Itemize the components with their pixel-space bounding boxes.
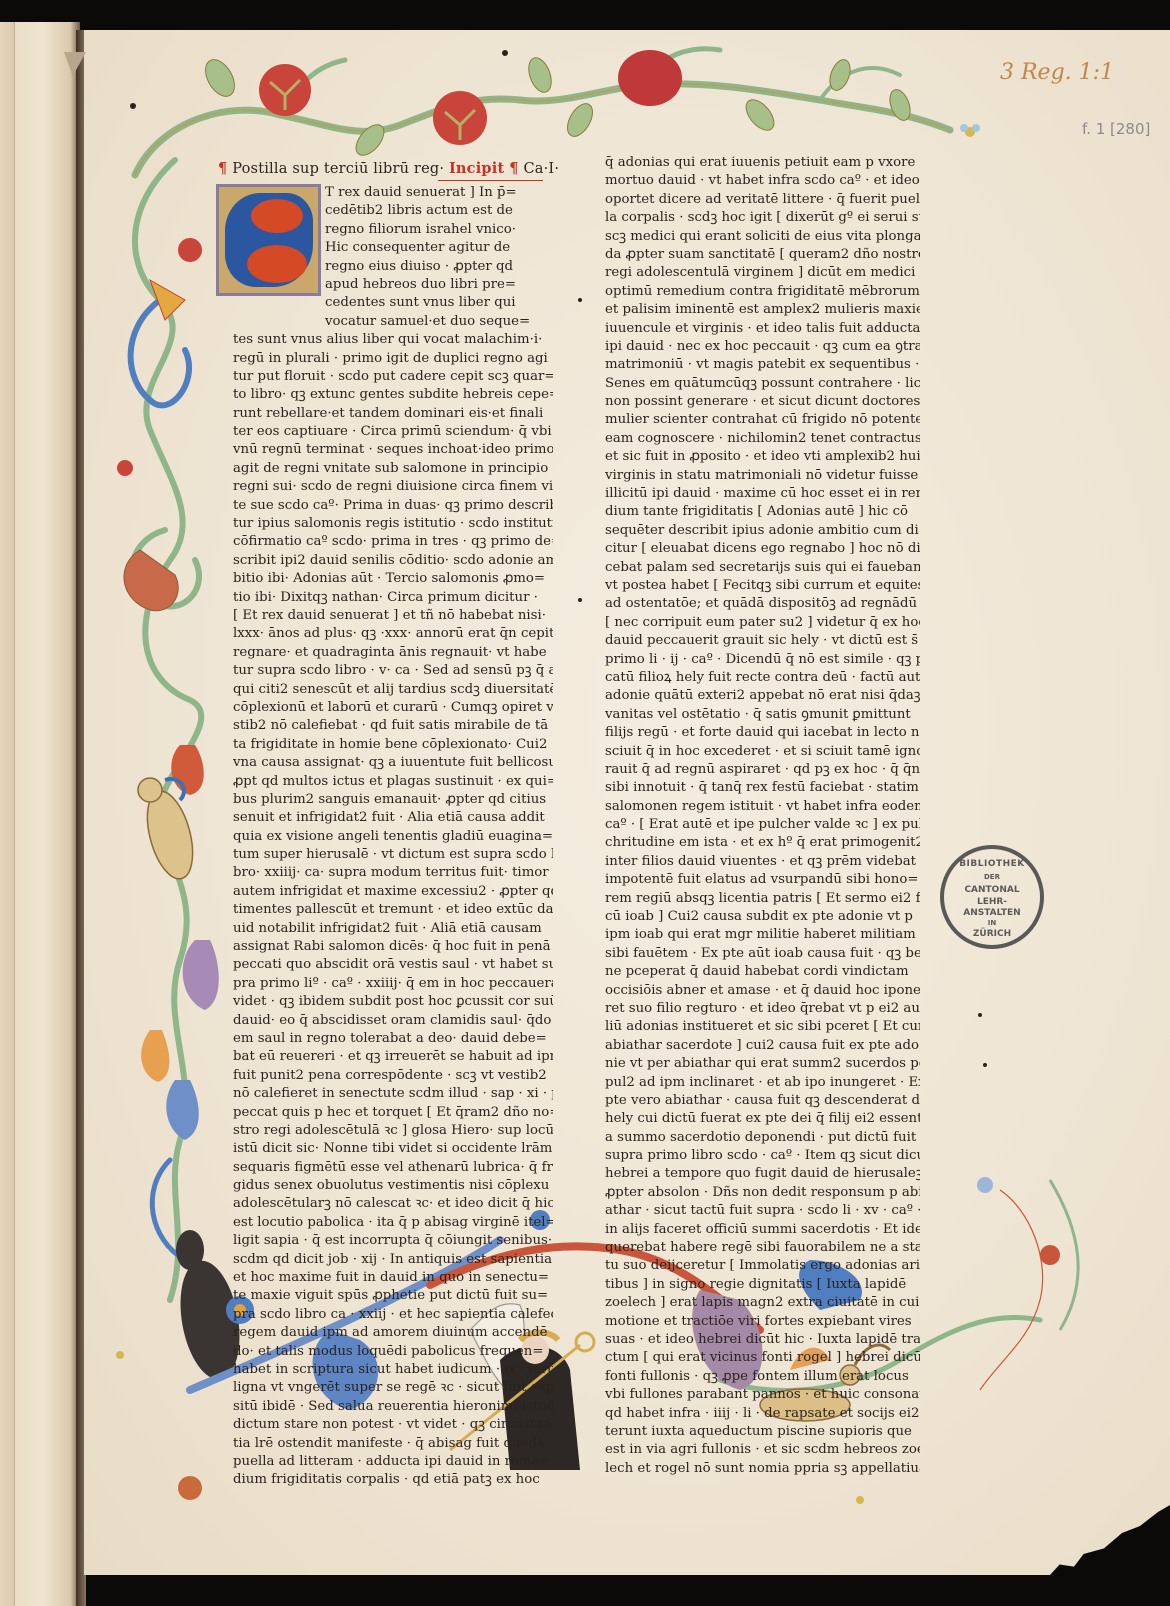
- stamp-line: IN: [944, 919, 1040, 927]
- text-line: vna causa assignat· qꝫ a iuuentute fuit …: [233, 754, 553, 772]
- folio-number: f. 1 [280]: [1082, 120, 1150, 138]
- library-stamp: BIBLIOTHEK DER CANTONAL LEHR- ANSTALTEN …: [940, 845, 1044, 949]
- text-line: scribit ipi2 dauid senilis cōditio· scdo…: [233, 552, 553, 570]
- text-line: est locutio pabolica · ita q̄ p abisag v…: [233, 1214, 553, 1232]
- text-column-right: q̄ adonias qui erat iuuenis petiuit eam …: [605, 154, 920, 1478]
- text-line: [ Et rex dauid senuerat ] et tñ nō habeb…: [233, 607, 553, 625]
- text-line: ipi dauid · nec ex hoc peccauit · qꝫ cum…: [605, 338, 920, 356]
- text-line: supra primo libro scdo · caº · Item qꝫ s…: [605, 1147, 920, 1165]
- text-line: cōfirmatio caº scdo· prima in tres · qꝫ …: [233, 533, 553, 551]
- text-line: bat eū reuereri · et qꝫ irreuerēt se hab…: [233, 1048, 553, 1066]
- text-line: ter eos captiuare · Circa primū sciendum…: [233, 423, 553, 441]
- text-line: senuit et infrigidat2 fuit · Alia etiā c…: [233, 809, 553, 827]
- text-line: cū ioab ] Cui2 causa subdit ex pte adoni…: [605, 908, 920, 926]
- text-line: vnū regnū terminat · seques inchoat·ideo…: [233, 441, 553, 459]
- text-line: zoelech ] erat lapis magn2 extra ciuitat…: [605, 1294, 920, 1312]
- text-line: te sue scdo caº· Prima in duas· qꝫ primo…: [233, 497, 553, 515]
- text-line: stib2 nō calefiebat · qd fuit satis mira…: [233, 717, 553, 735]
- text-line: timentes pallescūt et tremunt · et ideo …: [233, 901, 553, 919]
- text-line: tibus ] in signo regie dignitatis [ Iuxt…: [605, 1276, 920, 1294]
- text-line: suas · et ideo hebrei dicūt hic · Iuxta …: [605, 1331, 920, 1349]
- text-line: [ nec corripuit eum pater su2 ] videtur …: [605, 614, 920, 632]
- text-line: iuuencule et virginis · et ideo talis fu…: [605, 320, 920, 338]
- text-line: non possint generare · et sicut dicunt d…: [605, 393, 920, 411]
- text-line: oportet dicere ad veritatē littere · q̄ …: [605, 191, 920, 209]
- text-line: sciuit q̄ in hoc excederet · et si sciui…: [605, 743, 920, 761]
- stamp-line: CANTONAL: [944, 885, 1040, 895]
- text-line: ctum [ qui erat vicinus fonti rogel ] he…: [605, 1349, 920, 1367]
- text-line: la corpalis · scdꝫ hoc igit [ dixerūt gº…: [605, 209, 920, 227]
- text-line: vt postea habet [ Fecitqꝫ sibi currum et…: [605, 577, 920, 595]
- leaves: [200, 55, 914, 161]
- text-line: terunt iuxta aqueductum piscine supioris…: [605, 1423, 920, 1441]
- text-line: tur put floruit · scdo put cadere cepit …: [233, 368, 553, 386]
- stamp-line: ZÜRICH: [944, 929, 1040, 939]
- text-line: hebrei a tempore quo fugit dauid de hier…: [605, 1165, 920, 1183]
- stamp-line: ANSTALTEN: [944, 908, 1040, 918]
- text-line: tur supra scdo libro · v· ca · Sed ad se…: [233, 662, 553, 680]
- text-line: inter filios dauid viuentes · et qꝫ prēm…: [605, 853, 920, 871]
- text-line: pra scdo libro ca · xxiij · et hec sapie…: [233, 1306, 553, 1324]
- text-line: uid notabilit infrigidat2 fuit · Aliā et…: [233, 920, 553, 938]
- text-line: adolescētularꝫ nō calescat ꝛc· et ideo d…: [233, 1195, 553, 1213]
- text-line: dium tante frigiditatis [ Adonias autē ]…: [605, 503, 920, 521]
- text-line: peccati quo abscidit orā vestis saul · v…: [233, 956, 553, 974]
- text-line: pra primo liº · caº · xxiiij· q̄ em in h…: [233, 975, 553, 993]
- text-line: occisiōis abner et amase · et q̄ dauid h…: [605, 982, 920, 1000]
- text-line: peccat quis p hec et torquet [ Et q̄ram2…: [233, 1104, 553, 1122]
- running-head-incipit: Incipit: [449, 160, 504, 177]
- text-line: tio ibi· Dixitqꝫ nathan· Circa primum di…: [233, 589, 553, 607]
- text-line: ligna vt vngerēt super se regē ꝛc · sicu…: [233, 1379, 553, 1397]
- text-line: bus plurim2 sanguis emanauit· ꝓpter qd c…: [233, 791, 553, 809]
- text-line: sibi fauētem · Ex pte aūt ioab causa fui…: [605, 945, 920, 963]
- text-line: T rex dauid senuerat ] In p̄=: [233, 184, 553, 202]
- text-line: tes sunt vnus alius liber qui vocat mala…: [233, 331, 553, 349]
- text-line: habet in scriptura sicut habet iudicum ·…: [233, 1361, 553, 1379]
- text-line: Senes em quātumcūqꝫ possunt contrahere ·…: [605, 375, 920, 393]
- text-line: et palisim iminentē est amplex2 mulieris…: [605, 301, 920, 319]
- text-line: nō calefieret in senectute scdm illud · …: [233, 1085, 553, 1103]
- text-line: dauid· eo q̄ abscidisset oram clamidis s…: [233, 1012, 553, 1030]
- left-border-ornaments: [124, 280, 219, 1140]
- text-line: est in via agri fullonis · et sic scdm h…: [605, 1441, 920, 1459]
- text-line: cebat palam sed secretarijs suis qui ei …: [605, 559, 920, 577]
- running-head-title: Postilla sup terciū librū reg·: [232, 161, 444, 177]
- text-line: ꝓpt qd multos ictus et plagas sustinuit …: [233, 773, 553, 791]
- text-line: bro· xxiiij· ca· supra modum territus fu…: [233, 864, 553, 882]
- stamp-line: BIBLIOTHEK: [944, 859, 1040, 869]
- text-line: ta frigiditate in homie bene cōplexionat…: [233, 736, 553, 754]
- text-line: caº · [ Erat autē et ipe pulcher valde ꝛ…: [605, 816, 920, 834]
- text-line: rem regiū absqꝫ licentia patris [ Et ser…: [605, 890, 920, 908]
- text-line: fonti fullonis · qꝫ ꝓpe fontem illum era…: [605, 1368, 920, 1386]
- text-line: puella ad litteram · adducta ipi dauid i…: [233, 1453, 553, 1471]
- text-line: stro regi adolescētulā ꝛc ] glosa Hiero·…: [233, 1122, 553, 1140]
- text-line: matrimoniū · vt magis patebit ex sequent…: [605, 356, 920, 374]
- text-line: a summo sacerdotio deponendi · put dictū…: [605, 1129, 920, 1147]
- text-line: rauit q̄ ad regnū aspiraret · qd pꝫ ex h…: [605, 761, 920, 779]
- text-line: bitio ibi· Adonias aūt · Tercio salomoni…: [233, 570, 553, 588]
- text-line: motione et tractiōe viri fortes expieban…: [605, 1313, 920, 1331]
- stamp-line: LEHR-: [944, 897, 1040, 907]
- text-line: dauid peccauerit grauit sic hely · vt di…: [605, 632, 920, 650]
- text-line: athar · sicut tactū fuit supra · scdo li…: [605, 1202, 920, 1220]
- text-line: regnare· et quadraginta ānis regnauit· v…: [233, 644, 553, 662]
- text-line: pte vero abiathar · causa fuit qꝫ descen…: [605, 1092, 920, 1110]
- running-head: ¶ Postilla sup terciū librū reg· Incipit…: [218, 160, 559, 177]
- text-line: citur [ eleuabat dicens ego regnabo ] ho…: [605, 540, 920, 558]
- text-line: illicitū ipi dauid · maxime cū hoc esset…: [605, 485, 920, 503]
- text-line: nie vt per abiathar qui erat summ2 sucer…: [605, 1055, 920, 1073]
- text-line: to libro· qꝫ extunc gentes subdite hebre…: [233, 386, 553, 404]
- pilcrow-icon: ¶: [509, 160, 518, 177]
- text-line: dictum stare non potest · vt videt · qꝫ …: [233, 1416, 553, 1434]
- text-line: vanitas vel ostētatio · q̄ satis ꝯmunit …: [605, 706, 920, 724]
- pilcrow-icon: ¶: [218, 160, 227, 177]
- text-line: assignat Rabi salomon dicēs· q̄ hoc fuit…: [233, 938, 553, 956]
- text-line: apud hebreos duo libri pre=: [233, 276, 553, 294]
- text-line: et hoc maxime fuit in dauid in quo in se…: [233, 1269, 553, 1287]
- text-line: ligit sapia · q̄ est incorrupta q̄ cōiun…: [233, 1232, 553, 1250]
- text-line: cedentes sunt vnus liber qui: [233, 294, 553, 312]
- text-line: gidus senex obuolutus vestimentis nisi c…: [233, 1177, 553, 1195]
- text-line: fuit punit2 pena correspōdente · scꝫ vt …: [233, 1067, 553, 1085]
- floral-spray-right: [977, 1177, 1078, 1390]
- text-line: videt · qꝫ ibidem subdit post hoc ꝑcussi…: [233, 993, 553, 1011]
- text-line: in alijs faceret officiū summi sacerdoti…: [605, 1221, 920, 1239]
- text-line: vocatur samuel·et duo seque=: [233, 313, 553, 331]
- text-line: runt rebellare·et tandem dominari eis·et…: [233, 405, 553, 423]
- text-line: cōplexionū et laborū et curarū · Cumqꝫ o…: [233, 699, 553, 717]
- rubric-underline: [438, 180, 543, 181]
- text-line: adonie quātū exteri2 appebat nō erat nis…: [605, 687, 920, 705]
- text-line: querebat habere regē sibi fauorabilem ne…: [605, 1239, 920, 1257]
- text-line: tu suo deijceretur [ Immolatis ergo adon…: [605, 1257, 920, 1275]
- text-line: virginis in statu matrimoniali nō videtu…: [605, 467, 920, 485]
- text-line: pul2 ad ipm inclinaret · et ab ipo inung…: [605, 1074, 920, 1092]
- stamp-line: DER: [944, 873, 1040, 881]
- text-line: sequaris figmētū esse vel athenarū lubri…: [233, 1159, 553, 1177]
- text-line: mulier scienter contrahat cū frigido nō …: [605, 411, 920, 429]
- text-line: regno eius diuiso · ꝓpter qd: [233, 258, 553, 276]
- text-line: Hic consequenter agitur de: [233, 239, 553, 257]
- text-line: tur ipius salomonis regis istitutio · sc…: [233, 515, 553, 533]
- text-line: da ꝓpter suam sanctitatē [ queram2 dño n…: [605, 246, 920, 264]
- text-line: tia lrē ostendit manifeste · q̄ abisag f…: [233, 1435, 553, 1453]
- text-line: qd habet infra · iiij · li · de rapsate …: [605, 1405, 920, 1423]
- text-line: q̄ adonias qui erat iuuenis petiuit eam …: [605, 154, 920, 172]
- text-line: ꝓpter absolon · Dñs non dedit responsum …: [605, 1184, 920, 1202]
- text-line: regi adolescentulā virginem ] dicūt em m…: [605, 264, 920, 282]
- text-line: chritudine em ista · et ex hº q̄ erat pr…: [605, 834, 920, 852]
- text-line: regū in plurali · primo igit de duplici …: [233, 350, 553, 368]
- text-line: ret suo filio regturo · et ideo q̄rebat …: [605, 1000, 920, 1018]
- text-line: catū filioꝝ hely fuit recte contra deū ·…: [605, 669, 920, 687]
- text-line: sitū ibidē · Sed salua reuerentia hieron…: [233, 1398, 553, 1416]
- text-line: ad ostentatōe; et quādā dispositōꝫ ad re…: [605, 595, 920, 613]
- text-line: agit de regni vnitate sub salomone in pr…: [233, 460, 553, 478]
- text-line: liū adonias institueret et sic sibi pcer…: [605, 1018, 920, 1036]
- text-line: hely cui dictū fuerat ex pte dei q̄ fili…: [605, 1110, 920, 1128]
- text-line: qui citi2 senescūt et alij tardius scdꝫ …: [233, 681, 553, 699]
- text-line: primo li · ij · caº · Dicendū q̄ nō est …: [605, 651, 920, 669]
- text-line: et sic fuit in ꝓposito · et ideo vti amp…: [605, 448, 920, 466]
- text-line: eam cognoscere · nichilomin2 tenet contr…: [605, 430, 920, 448]
- text-line: cedētib2 libris actum est de: [233, 202, 553, 220]
- text-line: scꝫ medici qui erant soliciti de eius vi…: [605, 228, 920, 246]
- text-line: sequēter describit ipius adonie ambitio …: [605, 522, 920, 540]
- text-line: impotentē fuit elatus ad vsurpandū sibi …: [605, 871, 920, 889]
- text-line: abiathar sacerdote ] cui2 causa fuit ex …: [605, 1037, 920, 1055]
- text-line: sibi innotuit · q̄ tanq̄ rex festū facie…: [605, 779, 920, 797]
- text-line: lech et rogel nō sunt nomia ppria sꝫ app…: [605, 1460, 920, 1478]
- floral-border-illumination: [0, 0, 1170, 1606]
- marginal-note-book-reference: 3 Reg. 1:1: [1000, 60, 1114, 85]
- text-line: tum super hierusalē · vt dictum est supr…: [233, 846, 553, 864]
- text-line: vbi fullones parabant pannos · et huic c…: [605, 1386, 920, 1404]
- text-line: dium frigiditatis corpalis · qd etiā pat…: [233, 1471, 553, 1489]
- text-line: autem infrigidat et maxime excessiu2 · ꝓ…: [233, 883, 553, 901]
- text-line: optimū remedium contra frigiditatē mēbro…: [605, 283, 920, 301]
- text-line: lxxx· ānos ad plus· qꝫ ·xxx· annorū erat…: [233, 625, 553, 643]
- text-line: scdm qd dicit job · xij · In antiquis es…: [233, 1251, 553, 1269]
- text-line: salomonen regem istituit · vt habet infr…: [605, 798, 920, 816]
- text-line: do· et talis modus loquēdi pabolicus fre…: [233, 1343, 553, 1361]
- text-line: regno filiorum israhel vnico·: [233, 221, 553, 239]
- text-line: mortuo dauid · vt habet infra scdo caº ·…: [605, 172, 920, 190]
- text-line: te maxie viguit spūs ꝓphetie put dictū f…: [233, 1287, 553, 1305]
- chapter-number: Ca·I·: [523, 161, 559, 177]
- text-line: istū dicit sic· Nonne tibi videt si occi…: [233, 1140, 553, 1158]
- text-line: em saul in regno tolerabat a deo· dauid …: [233, 1030, 553, 1048]
- text-line: quia ex visione angeli tenentis gladiū e…: [233, 828, 553, 846]
- text-column-left: T rex dauid senuerat ] In p̄=cedētib2 li…: [233, 184, 553, 1490]
- text-line: ipm ioab qui erat mgr militie haberet mi…: [605, 926, 920, 944]
- text-line: filijs regū · et forte dauid qui iacebat…: [605, 724, 920, 742]
- text-line: regem dauid ipm ad amorem diuinum accend…: [233, 1324, 553, 1342]
- text-line: regni sui· scdo de regni diuisione circa…: [233, 478, 553, 496]
- text-line: ne pceperat q̄ dauid habebat cordi vindi…: [605, 963, 920, 981]
